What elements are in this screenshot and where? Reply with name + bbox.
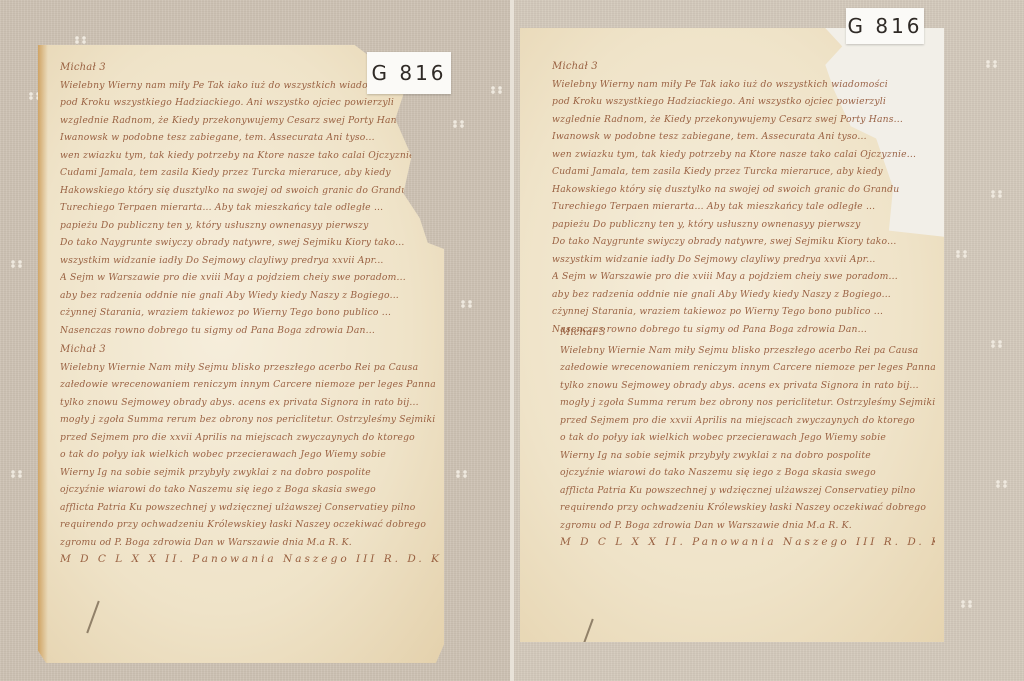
text-line: Wierny Ig na sobie sejmik przybyły zwykl… — [560, 447, 935, 465]
pencil-mark — [86, 601, 100, 634]
text-line: wen zwiazku tym, tak kiedy potrzeby na K… — [552, 146, 922, 164]
fabric-pattern — [455, 470, 469, 478]
text-line: zgromu od P. Boga zdrowia Dan w Warszawi… — [60, 534, 440, 552]
text-line: wen zwiazku tym, tak kiedy potrzeby na K… — [60, 147, 430, 165]
text-line: wszystkim widzanie iadły Do Sejmowy clay… — [552, 251, 922, 269]
photo-divider — [510, 0, 514, 681]
letter-1-text: Michał 3 Wielebny Wierny nam miły Pe Tak… — [60, 59, 430, 339]
text-line: A Sejm w Warszawie pro die xviii May a p… — [552, 268, 922, 286]
date-line: M D C L X X II. Panowania Naszego III R.… — [560, 534, 935, 552]
text-line: Wielebny Wierny nam miły Pe Tak iako iuż… — [552, 76, 922, 94]
text-line: załedowie wrecenowaniem reniczym innym C… — [560, 359, 935, 377]
text-line: Cudami Jamala, tem zasila Kiedy przez Tu… — [60, 164, 430, 182]
text-line: pod Kroku wszystkiego Hadziackiego. Ani … — [552, 93, 922, 111]
text-line: załedowie wrecenowaniem reniczym innym C… — [60, 376, 440, 394]
text-line: Nasenczas rowno dobrego tu sigmy od Pana… — [60, 322, 430, 340]
text-line: Turechiego Terpaen mierarta... Aby tak m… — [60, 199, 430, 217]
letter-1-text: Michał 3 Wielebny Wierny nam miły Pe Tak… — [552, 58, 922, 338]
text-line: afflicta Patria Ku powszechnej y wdzięcz… — [60, 499, 440, 517]
text-line: afflicta Patria Ku powszechnej y wdzięcz… — [560, 482, 935, 500]
text-line: papieżu Do publiczny ten y, który usłusz… — [552, 216, 922, 234]
text-line: wzglednie Radnom, że Kiedy przekonywujem… — [60, 112, 430, 130]
text-line: Wielebny Wiernie Nam miły Sejmu blisko p… — [560, 342, 935, 360]
text-line: ojczyźnie wiarowi do tako Naszemu się ie… — [560, 464, 935, 482]
inventory-label: G 816 — [367, 52, 451, 94]
text-line: requirendo przy ochwadzeniu Królewskiey … — [60, 516, 440, 534]
text-line: A Sejm w Warszawie pro die xviii May a p… — [60, 269, 430, 287]
text-line: przed Sejmem pro die xxvii Aprilis na mi… — [560, 412, 935, 430]
letter-2-text: Michał 3 Wielebny Wiernie Nam miły Sejmu… — [60, 341, 440, 569]
text-line: Iwanowsk w podobne tesz zabiegane, tem. … — [60, 129, 430, 147]
text-line: mogły j zgoła Summa rerum bez obrony nos… — [60, 411, 440, 429]
fabric-pattern — [990, 190, 1004, 198]
text-line: przed Sejmem pro die xxvii Aprilis na mi… — [60, 429, 440, 447]
letter-heading: Michał 3 — [560, 324, 935, 342]
date-line: M D C L X X II. Panowania Naszego III R.… — [60, 551, 440, 569]
text-line: tylko znowu Sejmowey obrady abys. acens … — [60, 394, 440, 412]
text-line: requirendo przy ochwadzeniu Królewskiey … — [560, 499, 935, 517]
text-line: papieżu Do publiczny ten y, który usłusz… — [60, 217, 430, 235]
text-line: Cudami Jamala, tem zasila Kiedy przez Tu… — [552, 163, 922, 181]
text-line: pod Kroku wszystkiego Hadziackiego. Ani … — [60, 94, 430, 112]
fabric-pattern — [960, 600, 974, 608]
fabric-pattern — [995, 480, 1009, 488]
fabric-pattern — [74, 36, 88, 44]
text-line: Do tako Naygrunte swiyczy obrady natywre… — [552, 233, 922, 251]
text-line: tylko znowu Sejmowey obrady abys. acens … — [560, 377, 935, 395]
fabric-pattern — [490, 86, 504, 94]
text-line: aby bez radzenia oddnie nie gnali Aby Wi… — [60, 287, 430, 305]
inventory-label: G 816 — [846, 8, 924, 44]
letter-heading: Michał 3 — [552, 58, 922, 76]
fabric-pattern — [460, 300, 474, 308]
text-line: Wierny Ig na sobie sejmik przybyły zwykl… — [60, 464, 440, 482]
letter-2-text: Michał 3 Wielebny Wiernie Nam miły Sejmu… — [560, 324, 935, 552]
text-line: Hakowskiego który się dusztylko na swoje… — [60, 182, 430, 200]
letter-heading: Michał 3 — [60, 341, 440, 359]
fabric-pattern — [10, 260, 24, 268]
text-line: cżynnej Starania, wraziem takiewoz po Wi… — [552, 303, 922, 321]
text-line: o tak do połyy iak wielkich wobec przeci… — [560, 429, 935, 447]
text-line: ojczyźnie wiarowi do tako Naszemu się ie… — [60, 481, 440, 499]
text-line: Iwanowsk w podobne tesz zabiegane, tem. … — [552, 128, 922, 146]
fabric-pattern — [990, 340, 1004, 348]
text-line: Hakowskiego który się dusztylko na swoje… — [552, 181, 922, 199]
text-line: cżynnej Starania, wraziem takiewoz po Wi… — [60, 304, 430, 322]
text-line: mogły j zgoła Summa rerum bez obrony nos… — [560, 394, 935, 412]
text-line: Turechiego Terpaen mierarta... Aby tak m… — [552, 198, 922, 216]
text-line: zgromu od P. Boga zdrowia Dan w Warszawi… — [560, 517, 935, 535]
text-line: o tak do połyy iak wielkich wobec przeci… — [60, 446, 440, 464]
text-line: Wielebny Wiernie Nam miły Sejmu blisko p… — [60, 359, 440, 377]
manuscript-page-left: Michał 3 Wielebny Wierny nam miły Pe Tak… — [38, 45, 444, 663]
fabric-pattern — [452, 120, 466, 128]
manuscript-page-right: Michał 3 Wielebny Wierny nam miły Pe Tak… — [520, 28, 944, 642]
fabric-pattern — [985, 60, 999, 68]
text-line: Do tako Naygrunte swiyczy obrady natywre… — [60, 234, 430, 252]
text-line: wszystkim widzanie iadły Do Sejmowy clay… — [60, 252, 430, 270]
fabric-pattern — [10, 470, 24, 478]
text-line: wzglednie Radnom, że Kiedy przekonywujem… — [552, 111, 922, 129]
fabric-pattern — [955, 250, 969, 258]
text-line: aby bez radzenia oddnie nie gnali Aby Wi… — [552, 286, 922, 304]
